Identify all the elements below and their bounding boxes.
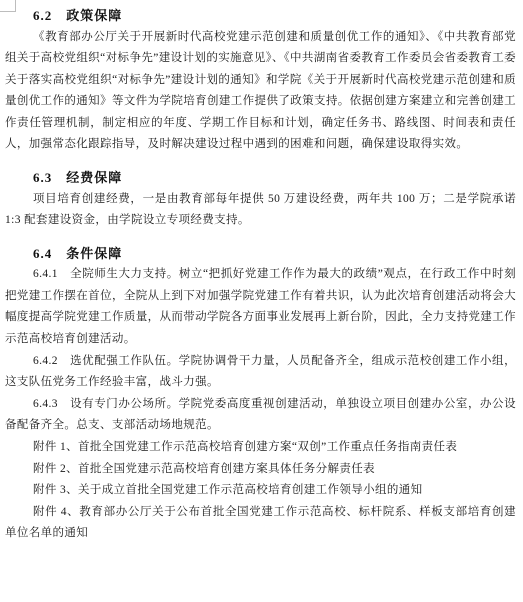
attachment-item-1: 附件 1、首批全国党建工作示范高校培育创建方案“双创”工作重点任务指南责任表: [5, 437, 516, 459]
document-page: 6.2 政策保障 《教育部办公厅关于开展新时代高校党建示范创建和质量创优工作的通…: [0, 0, 523, 602]
section-6-4-3-paragraph: 6.4.3 设有专门办公场所。学院党委高度重视创建活动，单独设立项目创建办公室，…: [5, 394, 516, 437]
document-content: 6.2 政策保障 《教育部办公厅关于开展新时代高校党建示范创建和质量创优工作的通…: [0, 0, 523, 545]
section-6-2-paragraph: 《教育部办公厅关于开展新时代高校党建示范创建和质量创优工作的通知》、《中共教育部…: [5, 27, 516, 157]
section-6-3-paragraph: 项目培育创建经费，一是由教育部每年提供 50 万建设经费，两年共 100 万；二…: [5, 189, 516, 232]
section-heading-6-3: 6.3 经费保障: [5, 167, 516, 189]
attachment-item-3: 附件 3、关于成立首批全国党建工作示范高校培育创建工作领导小组的通知: [5, 480, 516, 502]
section-heading-6-2: 6.2 政策保障: [5, 5, 516, 27]
section-heading-6-4: 6.4 条件保障: [5, 243, 516, 265]
attachment-item-4: 附件 4、教育部办公厅关于公布首批全国党建工作示范高校、标杆院系、样板支部培育创…: [5, 502, 516, 545]
section-6-4-1-paragraph: 6.4.1 全院师生大力支持。树立“把抓好党建工作作为最大的政绩”观点，在行政工…: [5, 264, 516, 350]
page-boundary-corner-mark: [0, 0, 16, 12]
section-6-4-2-paragraph: 6.4.2 选优配强工作队伍。学院协调骨干力量，人员配备齐全，组成示范校创建工作…: [5, 351, 516, 394]
attachment-item-2: 附件 2、首批全国党建示范高校培育创建方案具体任务分解责任表: [5, 459, 516, 481]
